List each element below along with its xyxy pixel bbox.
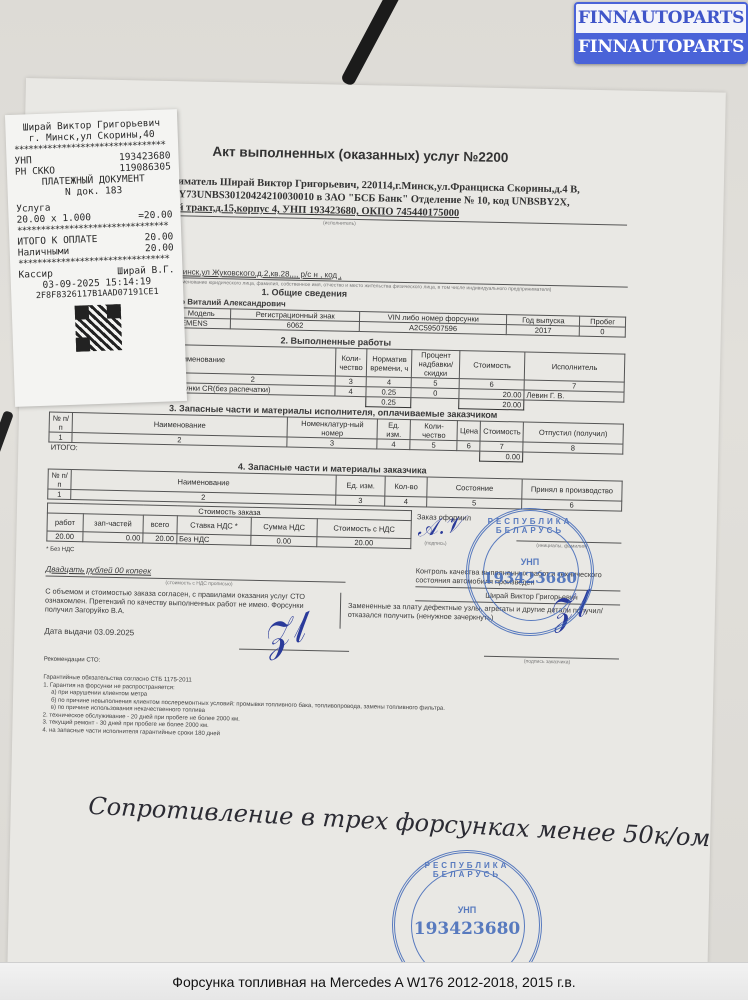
vat-note: * Без НДС xyxy=(46,547,74,554)
stamp-unp-label: УНП xyxy=(469,557,591,567)
warranty-terms: Гарантийные обязательства согласно СТБ 1… xyxy=(42,674,603,746)
header-cell: Стоимость xyxy=(459,351,525,380)
watermark-line-1: FINNAUTOPARTS xyxy=(576,4,746,33)
company-stamp: РЕСПУБЛИКА БЕЛАРУСЬ УНП 193423680 xyxy=(392,850,542,962)
receipt-cash-value: 20.00 xyxy=(145,242,174,254)
company-stamp: РЕСПУБЛИКА БЕЛАРУСЬ УНП 193423680 xyxy=(466,508,594,636)
header-cell: Стоимость с НДС xyxy=(317,519,411,539)
header-cell: Ед. изм. xyxy=(377,419,410,440)
document-photo: Акт выполненных (оказанных) услуг №2200 … xyxy=(0,0,748,962)
total-value: 0.00 xyxy=(480,451,523,462)
cable xyxy=(0,410,14,470)
header-cell: Исполнитель xyxy=(524,352,625,382)
year-value: 2017 xyxy=(507,325,580,337)
watermark-logo: FINNAUTOPARTS FINNAUTOPARTS xyxy=(574,2,748,64)
customer-sign-caption: (подпись заказчика) xyxy=(524,659,570,666)
amount-in-words: Двадцать рублей 00 копеек xyxy=(46,565,152,576)
watermark-line-2: FINNAUTOPARTS xyxy=(576,33,746,62)
header-cell: № п/п xyxy=(49,412,72,432)
header-cell: Номенклатур-ный номер xyxy=(287,417,378,439)
stamp-rim-text: РЕСПУБЛИКА БЕЛАРУСЬ xyxy=(395,861,539,879)
header-cell: Отпустил (получил) xyxy=(523,422,623,444)
header-cell: работ xyxy=(47,513,83,532)
total-time: 0.25 xyxy=(366,397,412,408)
header-cell: Коли-чество xyxy=(335,348,367,377)
header-cell: № п/п xyxy=(48,469,71,489)
vin-value: A2C59507596 xyxy=(359,322,507,335)
index-cell: 3 xyxy=(335,376,366,387)
mileage-value: 0 xyxy=(579,326,625,337)
general-info-table: МодельРегистрационный знакVIN либо номер… xyxy=(171,307,626,338)
stamp-unp-value: 193423680 xyxy=(469,569,591,587)
index-cell: 6 xyxy=(457,441,480,451)
header-cell: зап-частей xyxy=(83,514,144,533)
header-cell: Процент надбавки/скидки xyxy=(412,350,460,379)
issue-date: Дата выдачи 03.09.2025 xyxy=(44,627,134,638)
index-cell: 5 xyxy=(427,497,522,509)
header-cell: Норматив времени, ч xyxy=(366,349,412,378)
header-cell: Цена xyxy=(457,421,480,441)
header-cell: Ставка НДС * xyxy=(177,516,252,536)
parts-cost: 0.00 xyxy=(82,532,143,543)
signature-icon: 𝒜.𝒱 xyxy=(415,512,464,542)
header-cell: всего xyxy=(143,515,177,534)
index-cell: 4 xyxy=(385,496,427,507)
header-cell: Ед. изм. xyxy=(336,475,386,496)
recommendations-label: Рекомендации СТО: xyxy=(44,657,101,664)
total-cost: 20.00 xyxy=(459,399,524,410)
header-cell: Принял в производство xyxy=(522,479,622,501)
works-cost: 20.00 xyxy=(47,531,83,542)
vat-rate: Без НДС xyxy=(176,534,251,546)
stamp-rim-text: РЕСПУБЛИКА БЕЛАРУСЬ xyxy=(469,517,591,535)
sign-caption: (подпись) xyxy=(424,540,446,546)
header-cell: Коли-чество xyxy=(410,420,458,441)
work-qty: 4 xyxy=(335,386,366,397)
header-cell: Сумма НДС xyxy=(251,517,317,536)
cable xyxy=(340,0,404,87)
contractor-parts-table: № п/пНаименованиеНоменклатур-ный номерЕд… xyxy=(48,412,624,465)
header-cell: Стоимость xyxy=(480,421,523,442)
order-cost-table: Стоимость заказа работзап-частейвсегоСта… xyxy=(46,503,412,550)
cash-receipt: Ширай Виктор Григорьевич г. Минск,ул Ско… xyxy=(5,109,187,407)
header-cell: Наименование xyxy=(170,345,336,376)
header-cell: Состояние xyxy=(427,477,522,499)
cost-with-vat: 20.00 xyxy=(317,537,411,549)
vat-sum: 0.00 xyxy=(251,535,317,546)
qr-code-icon xyxy=(75,304,123,352)
index-cell: 4 xyxy=(377,439,410,450)
reg-number-value: 6062 xyxy=(231,319,360,332)
contractor-caption: (исполнитель) xyxy=(323,220,356,227)
receipt-unp-label: УНП xyxy=(14,155,32,167)
index-cell: 1 xyxy=(49,432,72,442)
stamp-unp-value: 193423680 xyxy=(395,919,539,939)
stamp-unp-label: УНП xyxy=(395,905,539,915)
receipt-rn-value: 119086305 xyxy=(119,161,171,174)
index-cell: 1 xyxy=(48,489,71,499)
works-table: НаименованиеКоли-чествоНорматив времени,… xyxy=(169,344,625,413)
amount-caption: (стоимость с НДС прописью) xyxy=(165,580,232,587)
total-cost: 20.00 xyxy=(143,533,177,544)
act-title: Акт выполненных (оказанных) услуг №2200 xyxy=(212,144,508,165)
section-1-title: 1. Общие сведения xyxy=(261,287,347,299)
index-cell: 3 xyxy=(336,495,385,506)
image-caption: Форсунка топливная на Mercedes A W176 20… xyxy=(0,962,748,1000)
header-cell: Кол-во xyxy=(385,476,427,497)
